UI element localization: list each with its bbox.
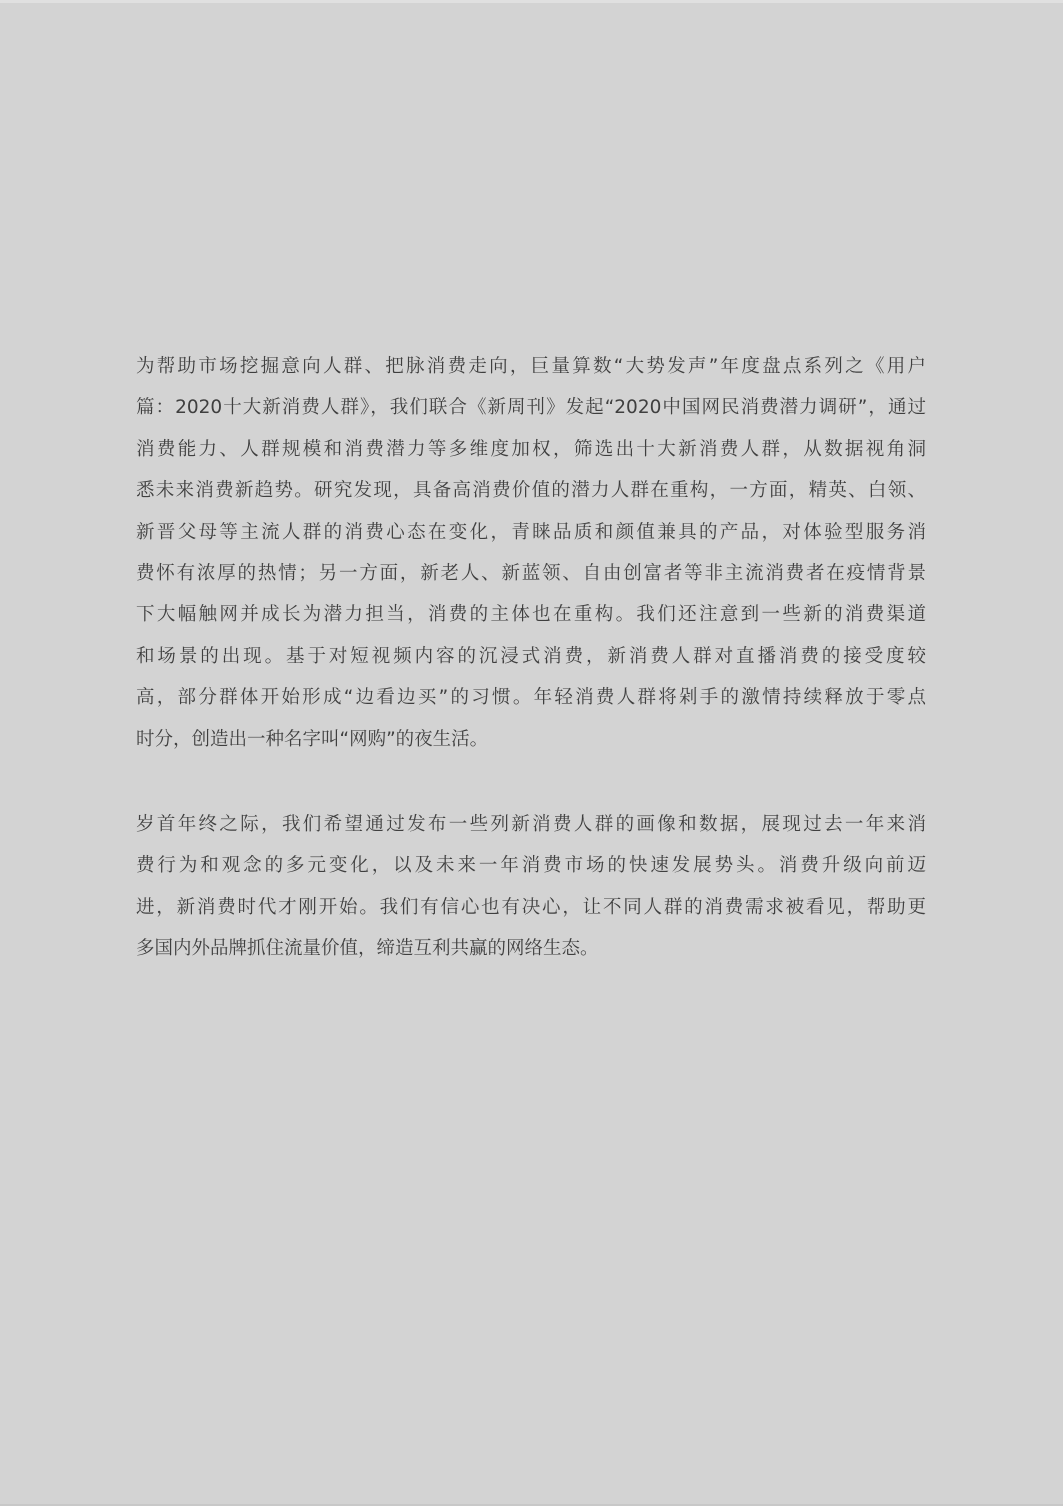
text-line: 下大幅触网并成长为潜力担当，消费的主体也在重构。我们还注意到一些新的消费渠道 [136, 594, 926, 635]
article-body: 为帮助市场挖掘意向人群、把脉消费走向，巨量算数“大势发声”年度盘点系列之《用户 … [136, 346, 926, 1013]
text-line: 悉未来消费新趋势。研究发现，具备高消费价值的潜力人群在重构，一方面，精英、白领、 [136, 470, 926, 511]
page-top-edge [0, 0, 1063, 3]
paragraph-2: 岁首年终之际，我们希望通过发布一些列新消费人群的画像和数据，展现过去一年来消 费… [136, 804, 926, 970]
text-line: 费怀有浓厚的热情；另一方面，新老人、新蓝领、自由创富者等非主流消费者在疫情背景 [136, 553, 926, 594]
text-line: 新晋父母等主流人群的消费心态在变化，青睐品质和颜值兼具的产品，对体验型服务消 [136, 512, 926, 553]
text-line: 时分，创造出一种名字叫“网购”的夜生活。 [136, 719, 926, 760]
text-line: 和场景的出现。基于对短视频内容的沉浸式消费，新消费人群对直播消费的接受度较 [136, 636, 926, 677]
text-line: 篇：2020十大新消费人群》，我们联合《新周刊》发起“2020中国网民消费潜力调… [136, 387, 926, 428]
text-line: 进，新消费时代才刚开始。我们有信心也有决心，让不同人群的消费需求被看见，帮助更 [136, 887, 926, 928]
page: 为帮助市场挖掘意向人群、把脉消费走向，巨量算数“大势发声”年度盘点系列之《用户 … [0, 0, 1063, 1506]
text-line: 消费能力、人群规模和消费潜力等多维度加权，筛选出十大新消费人群，从数据视角洞 [136, 429, 926, 470]
text-line: 为帮助市场挖掘意向人群、把脉消费走向，巨量算数“大势发声”年度盘点系列之《用户 [136, 346, 926, 387]
paragraph-1: 为帮助市场挖掘意向人群、把脉消费走向，巨量算数“大势发声”年度盘点系列之《用户 … [136, 346, 926, 760]
text-line: 多国内外品牌抓住流量价值，缔造互利共赢的网络生态。 [136, 928, 926, 969]
text-line: 岁首年终之际，我们希望通过发布一些列新消费人群的画像和数据，展现过去一年来消 [136, 804, 926, 845]
text-line: 费行为和观念的多元变化，以及未来一年消费市场的快速发展势头。消费升级向前迈 [136, 845, 926, 886]
text-line: 高，部分群体开始形成“边看边买”的习惯。年轻消费人群将剁手的激情持续释放于零点 [136, 677, 926, 718]
